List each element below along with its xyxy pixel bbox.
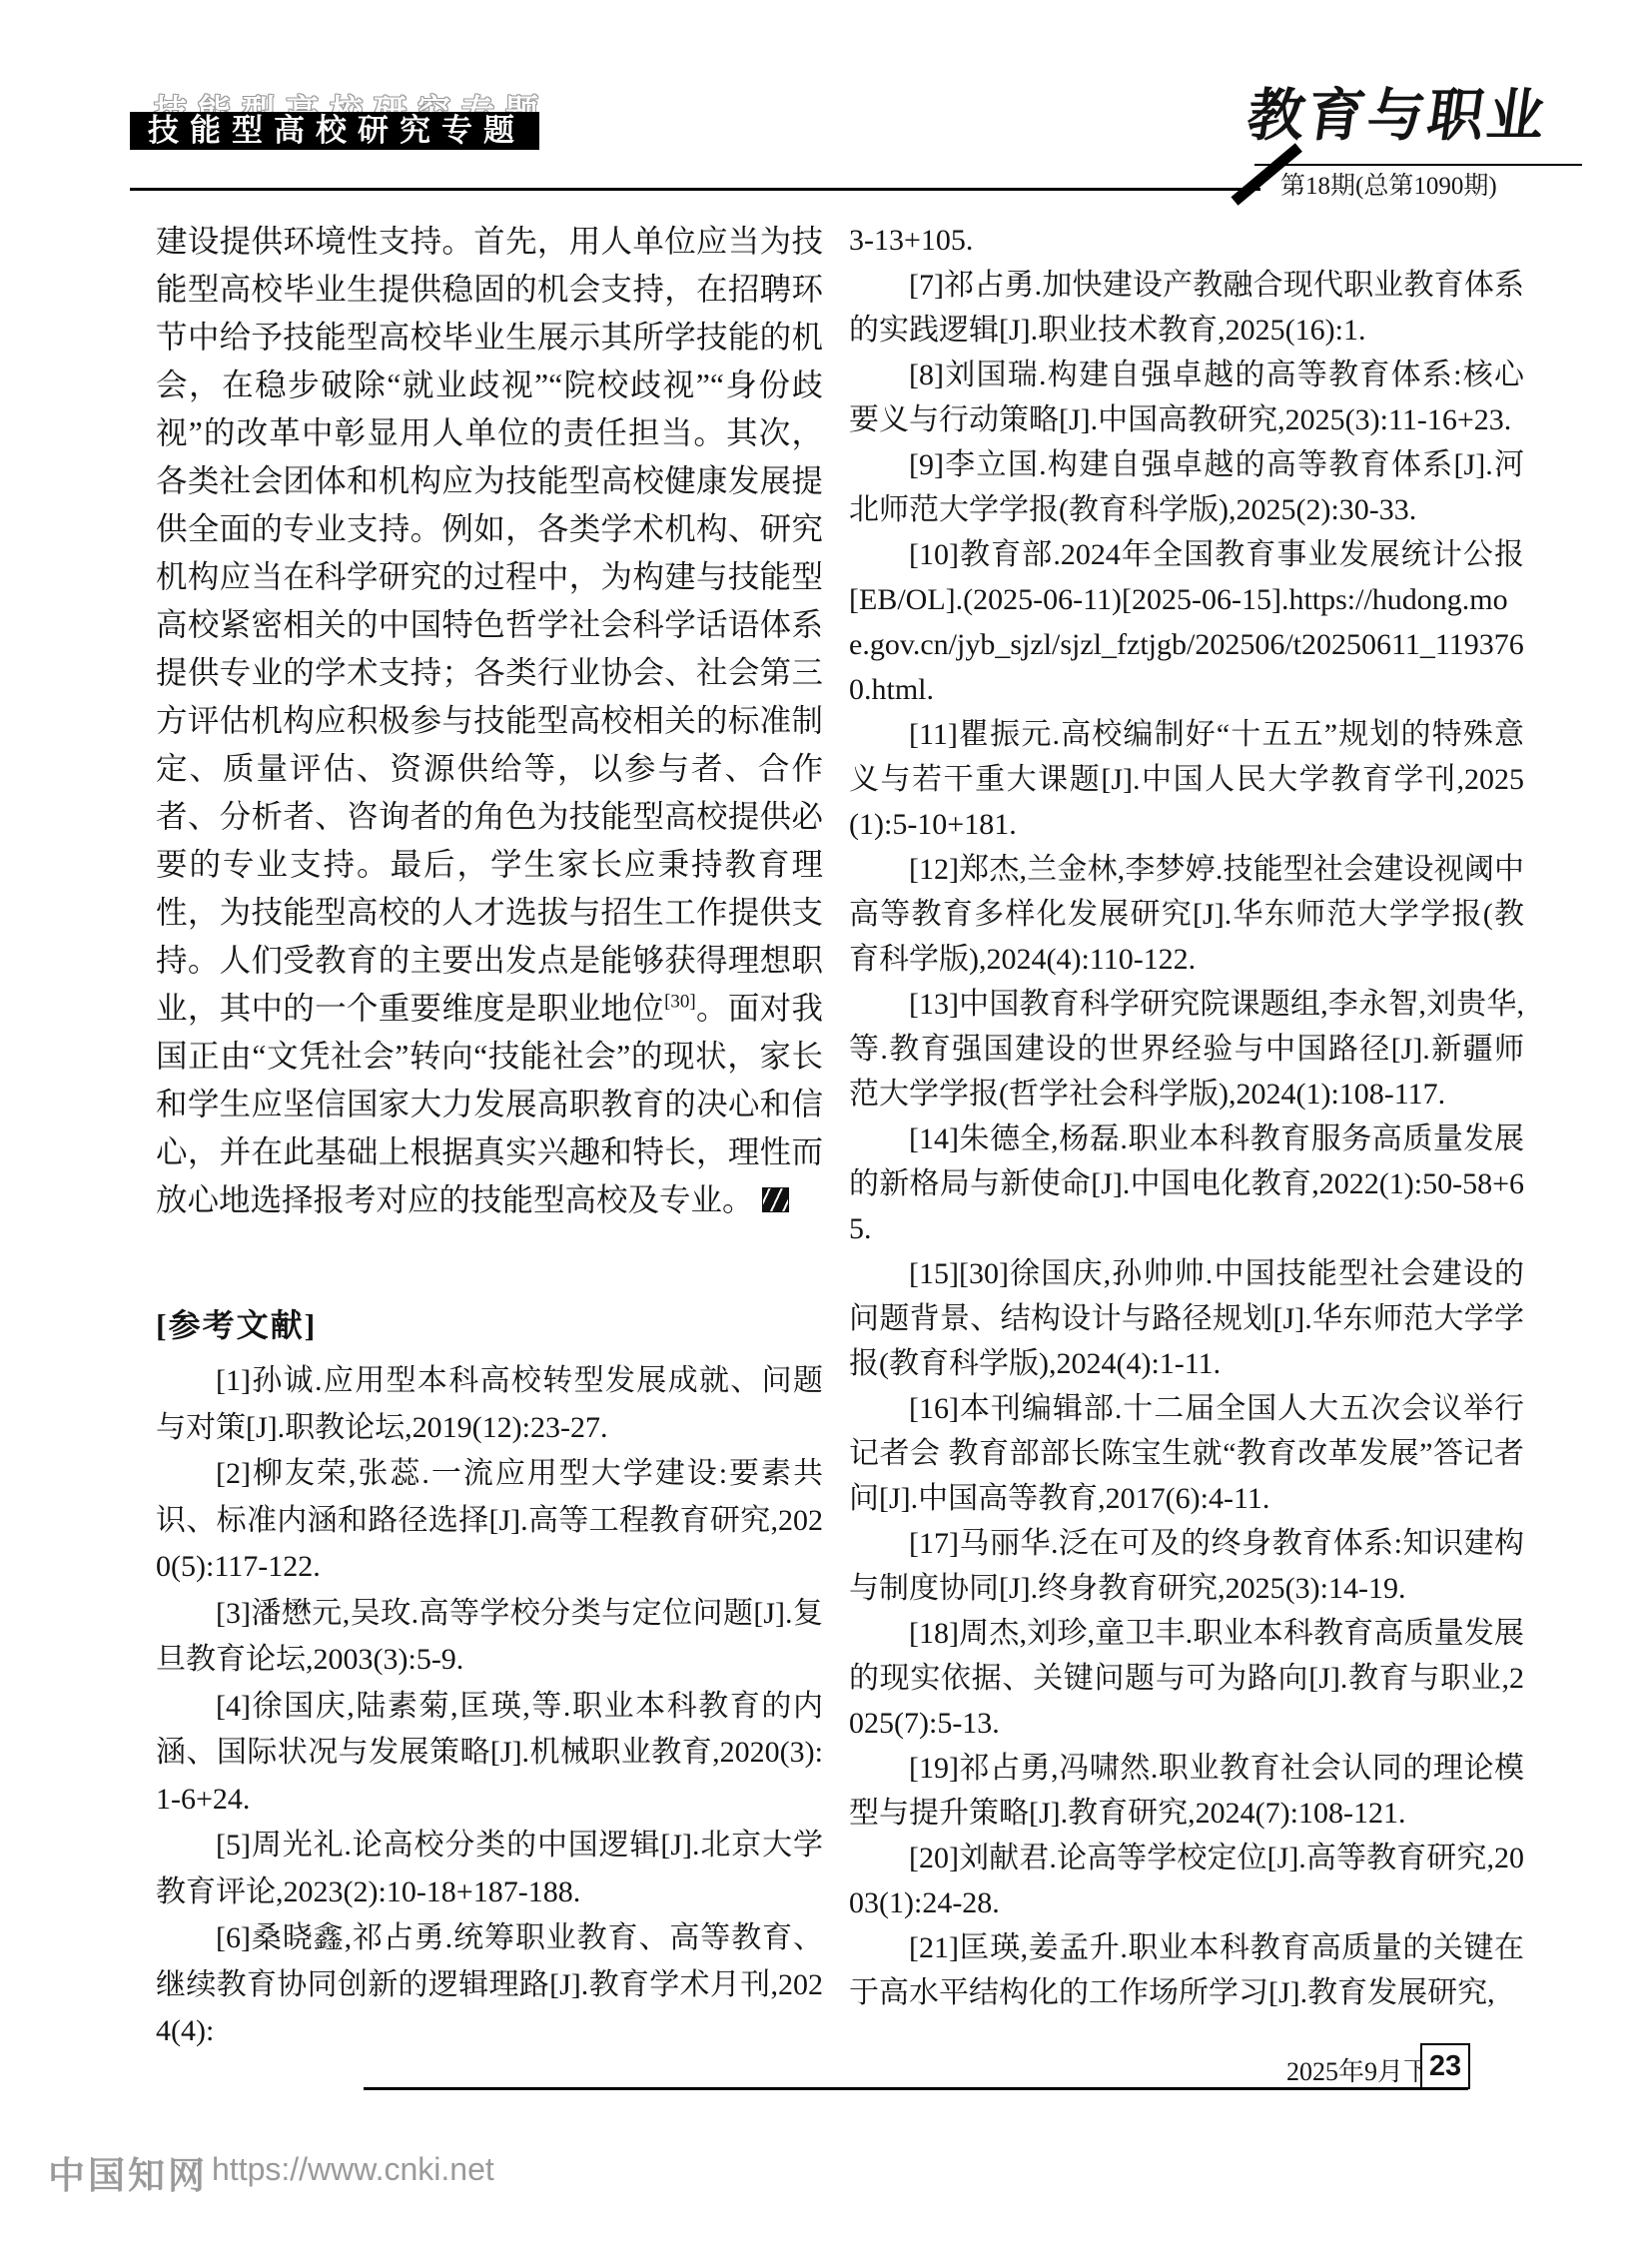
reference-item: [14]朱德全,杨磊.职业本科教育服务高质量发展的新格局与新使命[J].中国电化… bbox=[849, 1117, 1524, 1251]
section-banner: 技能型高校研究专题 bbox=[130, 112, 539, 150]
journal-logo: 教育与职业 bbox=[1242, 70, 1554, 152]
citation-superscript: [30] bbox=[664, 992, 696, 1013]
article-end-icon bbox=[762, 1187, 789, 1212]
body-paragraph: 建设提供环境性支持。首先，用人单位应当为技能型高校毕业生提供稳固的机会支持，在招… bbox=[156, 218, 823, 1224]
issue-info: 第18期(总第1090期) bbox=[1280, 166, 1497, 202]
issue-date: 2025年9月下 bbox=[1286, 2051, 1429, 2088]
reference-item: [18]周杰,刘珍,童卫丰.职业本科教育高质量发展的现实依据、关键问题与可为路向… bbox=[849, 1611, 1524, 1746]
reference-item: [6]桑晓鑫,祁占勇.统筹职业教育、高等教育、继续教育协同创新的逻辑理路[J].… bbox=[156, 1915, 823, 2055]
reference-item: [4]徐国庆,陆素菊,匡瑛,等.职业本科教育的内涵、国际状况与发展策略[J].机… bbox=[156, 1684, 823, 1824]
page-number: 23 bbox=[1420, 2043, 1470, 2089]
journal-page: 技能型高校研究专题 技能型高校研究专题 教育与职业 第18期(总第1090期) … bbox=[0, 0, 1652, 2242]
reference-item: [17]马丽华.泛在可及的终身教育体系:知识建构与制度协同[J].终身教育研究,… bbox=[849, 1521, 1524, 1611]
reference-item: [2]柳友荣,张蕊.一流应用型大学建设:要素共识、标准内涵和路径选择[J].高等… bbox=[156, 1451, 823, 1591]
reference-item: [13]中国教育科学研究院课题组,李永智,刘贵华,等.教育强国建设的世界经验与中… bbox=[849, 982, 1524, 1117]
reference-item: [11]瞿振元.高校编制好“十五五”规划的特殊意义与若干重大课题[J].中国人民… bbox=[849, 712, 1524, 847]
cnki-watermark-logo: 中国知网 bbox=[48, 2145, 208, 2199]
reference-item: [3]潘懋元,吴玫.高等学校分类与定位问题[J].复旦教育论坛,2003(3):… bbox=[156, 1591, 823, 1684]
right-column: 3-13+105. [7]祁占勇.加快建设产教融合现代职业教育体系的实践逻辑[J… bbox=[849, 218, 1524, 2015]
reference-item: [9]李立国.构建自强卓越的高等教育体系[J].河北师范大学学报(教育科学版),… bbox=[849, 442, 1524, 532]
reference-item: [10]教育部.2024年全国教育事业发展统计公报[EB/OL].(2025-0… bbox=[849, 532, 1524, 712]
references-heading: [参考文献] bbox=[156, 1300, 823, 1346]
reference-item: [12]郑杰,兰金林,李梦婷.技能型社会建设视阈中高等教育多样化发展研究[J].… bbox=[849, 847, 1524, 982]
header-rule bbox=[130, 188, 1260, 191]
cnki-watermark-url: https://www.cnki.net bbox=[212, 2151, 494, 2188]
reference-item: [15][30]徐国庆,孙帅帅.中国技能型社会建设的问题背景、结构设计与路径规划… bbox=[849, 1251, 1524, 1386]
reference-item: [21]匡瑛,姜孟升.职业本科教育高质量的关键在于高水平结构化的工作场所学习[J… bbox=[849, 1925, 1524, 2015]
reference-item: [8]刘国瑞.构建自强卓越的高等教育体系:核心要义与行动策略[J].中国高教研究… bbox=[849, 353, 1524, 442]
reference-item: [5]周光礼.论高校分类的中国逻辑[J].北京大学教育评论,2023(2):10… bbox=[156, 1823, 823, 1915]
reference-item: [7]祁占勇.加快建设产教融合现代职业教育体系的实践逻辑[J].职业技术教育,2… bbox=[849, 263, 1524, 353]
left-column: 建设提供环境性支持。首先，用人单位应当为技能型高校毕业生提供稳固的机会支持，在招… bbox=[156, 218, 823, 2055]
reference-item: [1]孙诚.应用型本科高校转型发展成就、问题与对策[J].职教论坛,2019(1… bbox=[156, 1358, 823, 1451]
reference-item: [19]祁占勇,冯啸然.职业教育社会认同的理论模型与提升策略[J].教育研究,2… bbox=[849, 1746, 1524, 1836]
reference-continuation: 3-13+105. bbox=[849, 218, 1524, 263]
reference-item: [16]本刊编辑部.十二届全国人大五次会议举行记者会 教育部部长陈宝生就“教育改… bbox=[849, 1386, 1524, 1521]
reference-item: [20]刘献君.论高等学校定位[J].高等教育研究,2003(1):24-28. bbox=[849, 1836, 1524, 1925]
body-text: 建设提供环境性支持。首先，用人单位应当为技能型高校毕业生提供稳固的机会支持，在招… bbox=[156, 224, 823, 1026]
